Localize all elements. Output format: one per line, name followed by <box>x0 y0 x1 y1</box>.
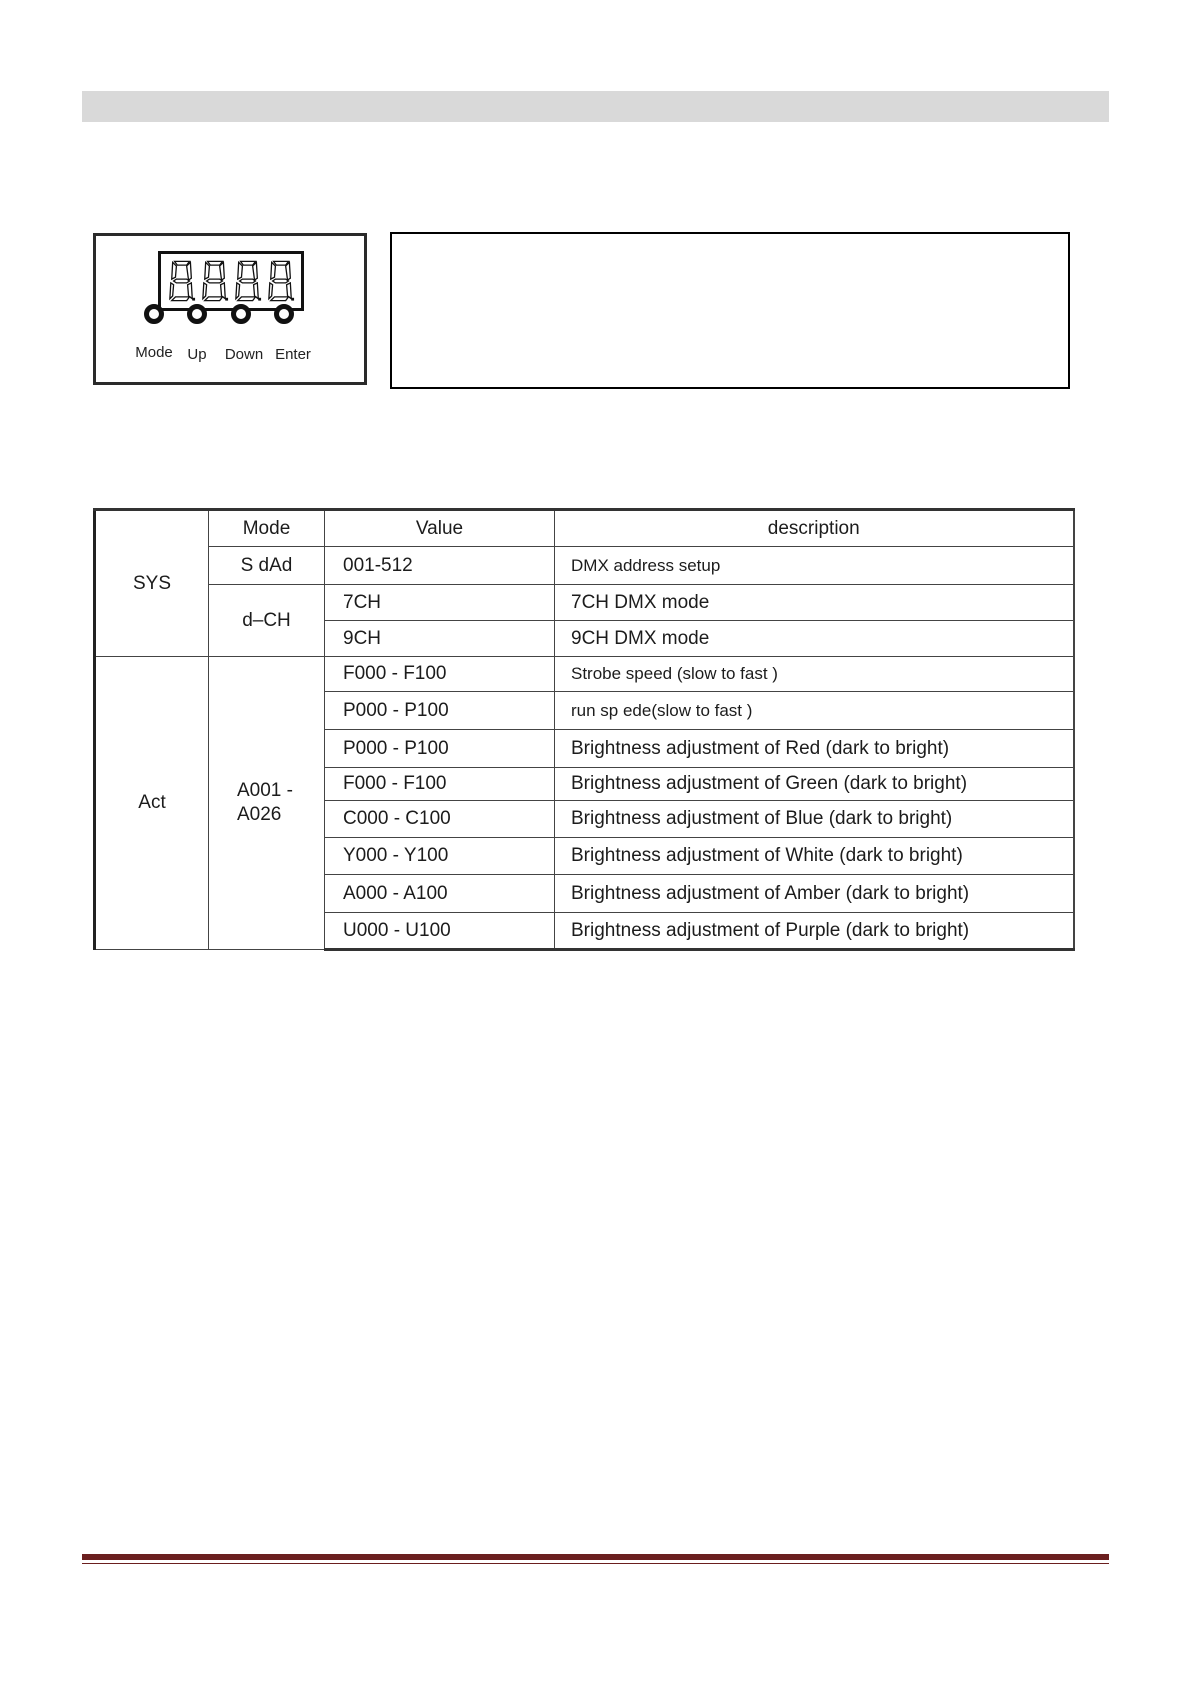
led-display <box>158 251 304 311</box>
mode-cell-act: A001 - A026 <box>209 657 325 950</box>
mode-button[interactable] <box>144 304 164 324</box>
control-panel-illustration: Mode Up Down Enter <box>93 233 367 385</box>
description-cell: DMX address setup <box>555 547 1074 585</box>
menu-settings-table: SYS Mode Value description S dAd 001-512… <box>93 508 1075 951</box>
group-cell-act: Act <box>95 657 209 950</box>
down-button-label: Down <box>225 346 263 363</box>
seven-segment-digit-icon <box>267 259 295 303</box>
description-cell: Brightness adjustment of Green (dark to … <box>555 768 1074 801</box>
mode-button-label: Mode <box>135 344 173 361</box>
value-cell: U000 - U100 <box>325 913 555 950</box>
value-cell: 001-512 <box>325 547 555 585</box>
value-cell: 9CH <box>325 621 555 657</box>
mode-cell: d–CH <box>209 585 325 657</box>
section-header-band <box>82 91 1109 122</box>
table-row: d–CH 7CH 7CH DMX mode <box>95 585 1074 621</box>
table-row: Act A001 - A026 F000 - F100 Strobe speed… <box>95 657 1074 692</box>
info-box <box>390 232 1070 389</box>
up-button-label: Up <box>187 346 206 363</box>
footer-rule-thin <box>82 1563 1109 1564</box>
value-cell: A000 - A100 <box>325 875 555 913</box>
up-button[interactable] <box>187 304 207 324</box>
description-cell: 9CH DMX mode <box>555 621 1074 657</box>
table-row: S dAd 001-512 DMX address setup <box>95 547 1074 585</box>
description-cell: Brightness adjustment of Blue (dark to b… <box>555 801 1074 838</box>
description-cell: run sp ede(slow to fast ) <box>555 692 1074 730</box>
header-mode: Mode <box>209 510 325 547</box>
value-cell: P000 - P100 <box>325 692 555 730</box>
description-cell: Brightness adjustment of White (dark to … <box>555 838 1074 875</box>
seven-segment-digit-icon <box>168 259 196 303</box>
group-cell-sys: SYS <box>95 510 209 657</box>
header-value: Value <box>325 510 555 547</box>
down-button[interactable] <box>231 304 251 324</box>
description-cell: Strobe speed (slow to fast ) <box>555 657 1074 692</box>
mode-line: A026 <box>237 803 324 827</box>
description-cell: Brightness adjustment of Purple (dark to… <box>555 913 1074 950</box>
mode-line: A001 - <box>237 779 324 803</box>
footer-rule-thick <box>82 1554 1109 1560</box>
value-cell: 7CH <box>325 585 555 621</box>
value-cell: P000 - P100 <box>325 730 555 768</box>
value-cell: F000 - F100 <box>325 657 555 692</box>
description-cell: Brightness adjustment of Red (dark to br… <box>555 730 1074 768</box>
seven-segment-digit-icon <box>234 259 262 303</box>
value-cell: Y000 - Y100 <box>325 838 555 875</box>
enter-button-label: Enter <box>275 346 311 363</box>
mode-cell: S dAd <box>209 547 325 585</box>
value-cell: F000 - F100 <box>325 768 555 801</box>
description-cell: Brightness adjustment of Amber (dark to … <box>555 875 1074 913</box>
header-description: description <box>555 510 1074 547</box>
description-cell: 7CH DMX mode <box>555 585 1074 621</box>
enter-button[interactable] <box>274 304 294 324</box>
seven-segment-digit-icon <box>201 259 229 303</box>
value-cell: C000 - C100 <box>325 801 555 838</box>
